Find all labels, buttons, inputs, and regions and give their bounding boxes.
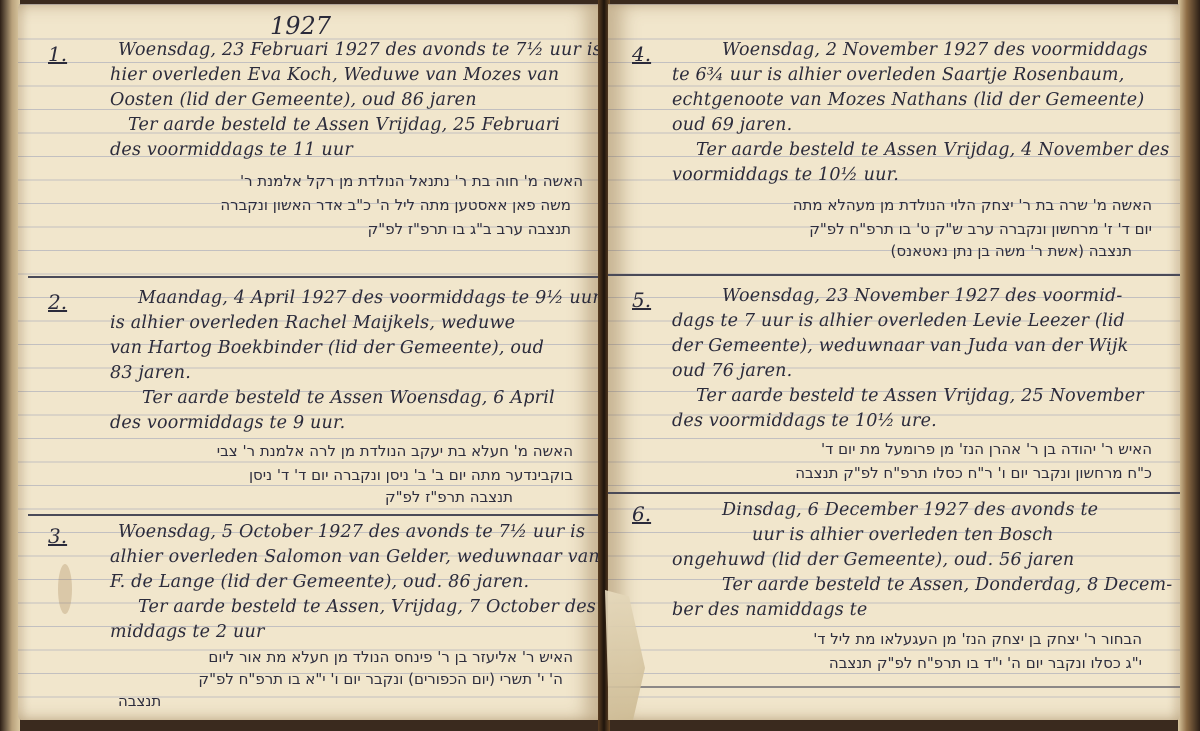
entry-text-line: Woensdag, 23 Februari 1927 des avonds te… xyxy=(118,40,600,60)
entry-text-line: des voormiddags te 11 uur xyxy=(110,140,353,160)
entry-text-line: Ter aarde besteld te Assen, Vrijdag, 7 O… xyxy=(138,597,600,617)
entry-text-line: dags te 7 uur is alhier overleden Levie … xyxy=(672,311,1125,331)
register-entry-1: 1. Woensdag, 23 Februari 1927 des avonds… xyxy=(48,38,593,278)
entry-text-line: alhier overleden Salomon van Gelder, wed… xyxy=(110,547,600,567)
open-register-book: 1927 1. Woensdag, 23 Februari 1927 des a… xyxy=(0,0,1200,731)
entry-text-line: van Hartog Boekbinder (lid der Gemeente)… xyxy=(110,338,544,358)
hebrew-text-line: י"ג כסלו ונקבר יום ה' י"ד בו תרפ"ח לפ"ק … xyxy=(829,654,1142,672)
entry-text-line: ber des namiddags te xyxy=(672,600,867,620)
hebrew-text-line: בוקבינדער מתה יום ב' ב' ניסן ונקברה יום … xyxy=(249,466,573,484)
entry-text-line: oud 76 jaren. xyxy=(672,361,792,381)
entry-text-line: Woensdag, 2 November 1927 des voormiddag… xyxy=(722,40,1148,60)
entry-number: 2. xyxy=(48,290,67,314)
entry-divider xyxy=(28,514,600,516)
entry-text-line: Woensdag, 5 October 1927 des avonds te 7… xyxy=(118,522,585,542)
entry-text-line: Ter aarde besteld te Assen Vrijdag, 25 F… xyxy=(128,115,560,135)
hebrew-text-line: יום ד' ז' מרחשון ונקברה ערב ש"ק ט' בו תר… xyxy=(809,220,1152,238)
entry-divider xyxy=(28,276,600,278)
entry-text-line: ongehuwd (lid der Gemeente), oud. 56 jar… xyxy=(672,550,1074,570)
entry-text-line: der Gemeente), weduwnaar van Juda van de… xyxy=(672,336,1128,356)
entry-text-line: is alhier overleden Rachel Maijkels, wed… xyxy=(110,313,515,333)
hebrew-text-line: האשה מ' חוה בת ר' נתנאל הנולדת מן רקל אל… xyxy=(240,172,583,190)
hebrew-text-line: תנצבה (אשת ר' משה בן נתן נאטאנס) xyxy=(890,242,1132,260)
entry-text-line: uur is alhier overleden ten Bosch xyxy=(752,525,1054,545)
hebrew-text-line: תנצבה xyxy=(118,692,161,710)
entry-number: 6. xyxy=(632,502,651,526)
hebrew-text-line: האיש ר' אליעזר בן ר' פינחס הנולד מן חעלא… xyxy=(208,648,573,666)
entry-text-line: F. de Lange (lid der Gemeente), oud. 86 … xyxy=(110,572,529,592)
entry-text-line: des voormiddags te 9 uur. xyxy=(110,413,345,433)
entry-text-line: Ter aarde besteld te Assen Vrijdag, 4 No… xyxy=(696,140,1169,160)
entry-number: 3. xyxy=(48,524,67,548)
register-entry-6: 6. Dinsdag, 6 December 1927 des avonds t… xyxy=(632,498,1172,698)
entry-text-line: echtgenoote van Mozes Nathans (lid der G… xyxy=(672,90,1144,110)
right-page: 4. Woensdag, 2 November 1927 des voormid… xyxy=(608,4,1180,720)
hebrew-text-line: תנצבה תרפ"ז לפ"ק xyxy=(385,488,513,506)
entry-number: 5. xyxy=(632,288,651,312)
entry-divider xyxy=(608,492,1180,494)
hebrew-text-line: האשה מ' שרה בת ר' יצחק הלוי הנולדת מן מע… xyxy=(793,196,1152,214)
entry-divider xyxy=(608,686,1180,688)
entry-text-line: Woensdag, 23 November 1927 des voormid- xyxy=(722,286,1123,306)
entry-text-line: te 6¾ uur is alhier overleden Saartje Ro… xyxy=(672,65,1124,85)
register-entry-2: 2. Maandag, 4 April 1927 des voormiddags… xyxy=(48,286,593,511)
entry-number: 4. xyxy=(632,42,651,66)
entry-text-line: Dinsdag, 6 December 1927 des avonds te xyxy=(722,500,1098,520)
entry-text-line: des voormiddags te 10½ ure. xyxy=(672,411,937,431)
entry-text-line: Maandag, 4 April 1927 des voormiddags te… xyxy=(138,288,600,308)
register-entry-5: 5. Woensdag, 23 November 1927 des voormi… xyxy=(632,284,1172,494)
right-page-edges xyxy=(1178,0,1200,731)
entry-text-line: Ter aarde besteld te Assen, Donderdag, 8… xyxy=(722,575,1172,595)
register-entry-4: 4. Woensdag, 2 November 1927 des voormid… xyxy=(632,38,1172,278)
entry-text-line: Ter aarde besteld te Assen Woensdag, 6 A… xyxy=(142,388,555,408)
entry-text-line: Ter aarde besteld te Assen Vrijdag, 25 N… xyxy=(696,386,1144,406)
entry-divider xyxy=(608,274,1180,276)
register-entry-3: 3. Woensdag, 5 October 1927 des avonds t… xyxy=(48,520,593,720)
entry-text-line: voormiddags te 10½ uur. xyxy=(672,165,899,185)
entry-text-line: Oosten (lid der Gemeente), oud 86 jaren xyxy=(110,90,477,110)
entry-text-line: middags te 2 uur xyxy=(110,622,265,642)
hebrew-text-line: תנצבה ערב ב"ג בו תרפ"ז לפ"ק xyxy=(368,220,571,238)
entry-text-line: 83 jaren. xyxy=(110,363,191,383)
left-page-edges xyxy=(0,0,20,731)
entry-text-line: oud 69 jaren. xyxy=(672,115,792,135)
hebrew-text-line: משה פאן אאסטען מתה ליל ה' כ"ב אדר האשון … xyxy=(220,196,571,214)
hebrew-text-line: הבחור ר' יצחק בן יצחק הנז' מן העגעלאו מת… xyxy=(813,630,1142,648)
hebrew-text-line: האשה מ' חעלא בת יעקב הנולדת מן לרה אלמנת… xyxy=(217,442,573,460)
hebrew-text-line: כ"ח מרחשון ונקבר יום ו' ר"ח כסלו תרפ"ח ל… xyxy=(795,464,1152,482)
hebrew-text-line: האיש ר' יהודה בן ר' אהרן הנז' מן פרומעל … xyxy=(821,440,1152,458)
left-page: 1927 1. Woensdag, 23 Februari 1927 des a… xyxy=(18,4,600,720)
entry-number: 1. xyxy=(48,42,67,66)
year-heading: 1927 xyxy=(270,12,331,40)
entry-text-line: hier overleden Eva Koch, Weduwe van Moze… xyxy=(110,65,559,85)
hebrew-text-line: ה' י' תשרי (יום הכפורים) ונקבר יום ו' י"… xyxy=(198,670,563,688)
